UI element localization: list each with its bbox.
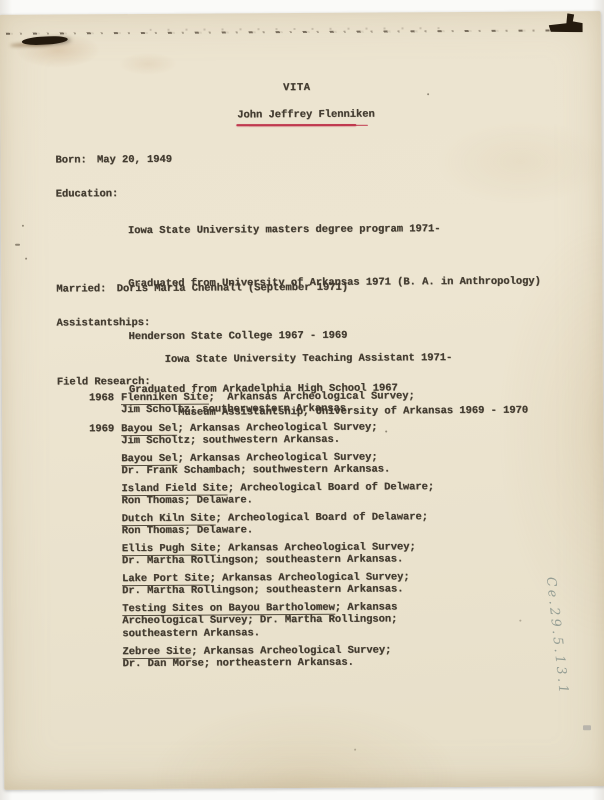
entry-line: Ron Thomas; Delaware. [122,524,428,538]
entry-after: ; Archeological Board of Delware; [228,481,434,494]
field-research-entry: Island Field Site; Archeological Board o… [122,481,435,508]
field-research-entry: Dutch Kiln Site; Archeological Board of … [122,511,428,538]
field-research-label: Field Research: [57,376,151,389]
born-value: May 20, 1949 [97,154,172,166]
field-research-entry: Bayou Sel; Arkansas Archeological Survey… [121,451,390,477]
field-research-entry: 1969 Bayou Sel; Arkansas Archeological S… [121,422,377,448]
document-page: VITA John Jeffrey Flenniken Born: May 20… [0,11,604,790]
name-underline-red [236,123,356,125]
section-born: Born: May 20, 1949 [55,154,172,167]
document-title: VITA [283,83,311,94]
married-label: Married: [56,283,106,295]
entry-line: Dr. Dan Morse; northeastern Arkansas. [123,657,392,671]
paper-speck [25,258,27,260]
paper-speck [22,225,24,227]
education-label: Education: [56,188,119,200]
ink-blob-left [22,35,68,46]
section-married: Married: Doris Maria Chenhall (September… [56,282,348,296]
married-value: Doris Maria Chenhall (September 1971) [117,282,348,295]
paper-speck [15,244,20,246]
entry-after: ; Arkansas [335,601,398,613]
assistantships-label: Assistantships: [56,317,150,330]
entry-line: Jim Scholtz; southerwestern Arkansas. [121,403,415,417]
handwritten-catalog-number: Ce.29.5.13.1 [543,576,576,737]
entry-line: Island Field Site; Archeological Board o… [122,481,435,495]
paper-speck [583,725,591,730]
entry-line: Ron Thomas; Delaware. [122,494,435,508]
entry-line: Dr. Frank Schambach; southwestern Arkans… [121,464,390,478]
entry-line: Jim Scholtz; southwestern Arkansas. [121,434,377,448]
entry-after: ; Arkansas Archeological Survey; [177,422,377,435]
top-edge-smudge-line [6,29,582,35]
document-name: John Jeffrey Flenniken [237,110,375,122]
entry-line: Dr. Martha Rollingson; southeastern Arka… [122,554,416,568]
education-line: Iowa State University masters degree pro… [128,221,541,241]
field-research-entry: Lake Port Site; Arkansas Archeological S… [122,571,410,598]
entry-after: ; Arkansas Archeological Survey; [191,644,391,657]
scan-background: VITA John Jeffrey Flenniken Born: May 20… [0,0,604,800]
field-research-entry: Testing Sites on Bayou Bartholomew; Arka… [122,601,397,640]
entry-year: 1969 [89,423,114,436]
field-research-entry: Ellis Pugh Site; Arkansas Archeological … [122,541,416,568]
entry-line: Dr. Martha Rollingson; southeastern Arka… [122,584,410,598]
entry-line: Dutch Kiln Site; Archeological Board of … [122,511,428,525]
field-research-entry: Zebree Site; Arkansas Archeological Surv… [122,644,391,670]
assistantship-line: Iowa State University Teaching Assistant… [165,350,528,370]
born-label: Born: [55,154,86,166]
entry-line: southeastern Arkansas. [122,626,397,640]
ink-blob-right [549,13,583,32]
entry-year: 1968 [89,392,114,405]
entry-line: Archeological Survey; Dr. Martha Rolling… [122,614,397,628]
entry-after: ; Archeological Board of Delaware; [215,511,428,524]
paper-speck [354,749,356,751]
entry-after: ; Arkansas Archeological Survey; [208,390,414,403]
paper-speck [427,93,429,95]
field-research-entry: 1968 Flenniken Site; Arkansas Archeologi… [121,390,415,417]
paper-speck [519,620,521,622]
